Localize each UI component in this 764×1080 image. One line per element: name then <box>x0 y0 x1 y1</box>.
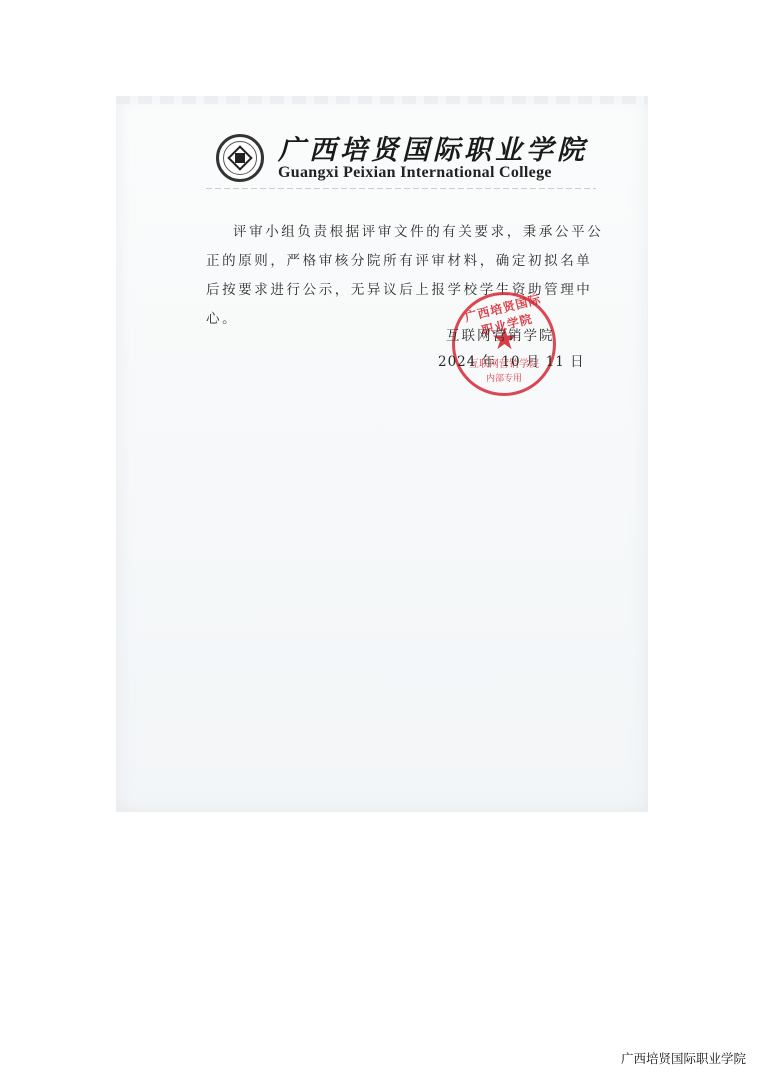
seal-use-text: 内部专用 <box>469 371 539 384</box>
letterhead-divider <box>206 188 596 189</box>
signature-department: 互联网营销学院 <box>446 324 555 344</box>
college-name-chinese: 广西培贤国际职业学院 <box>278 128 588 167</box>
footer-label: 广西培贤国际职业学院 <box>621 1049 746 1067</box>
letterhead: 广西培贤国际职业学院 Guangxi Peixian International… <box>216 128 576 188</box>
scanned-document-page: 广西培贤国际职业学院 Guangxi Peixian International… <box>116 96 648 812</box>
college-emblem-icon <box>216 134 264 182</box>
signature-block: 广西培贤国际职业学院 ★ 互联网营销学院 内部专用 互联网营销学院 2024 年… <box>438 318 638 398</box>
signature-date: 2024 年 10 月 11 日 <box>438 350 585 370</box>
college-name-english: Guangxi Peixian International College <box>278 164 552 182</box>
official-seal: 广西培贤国际职业学院 ★ 互联网营销学院 内部专用 <box>452 292 556 396</box>
